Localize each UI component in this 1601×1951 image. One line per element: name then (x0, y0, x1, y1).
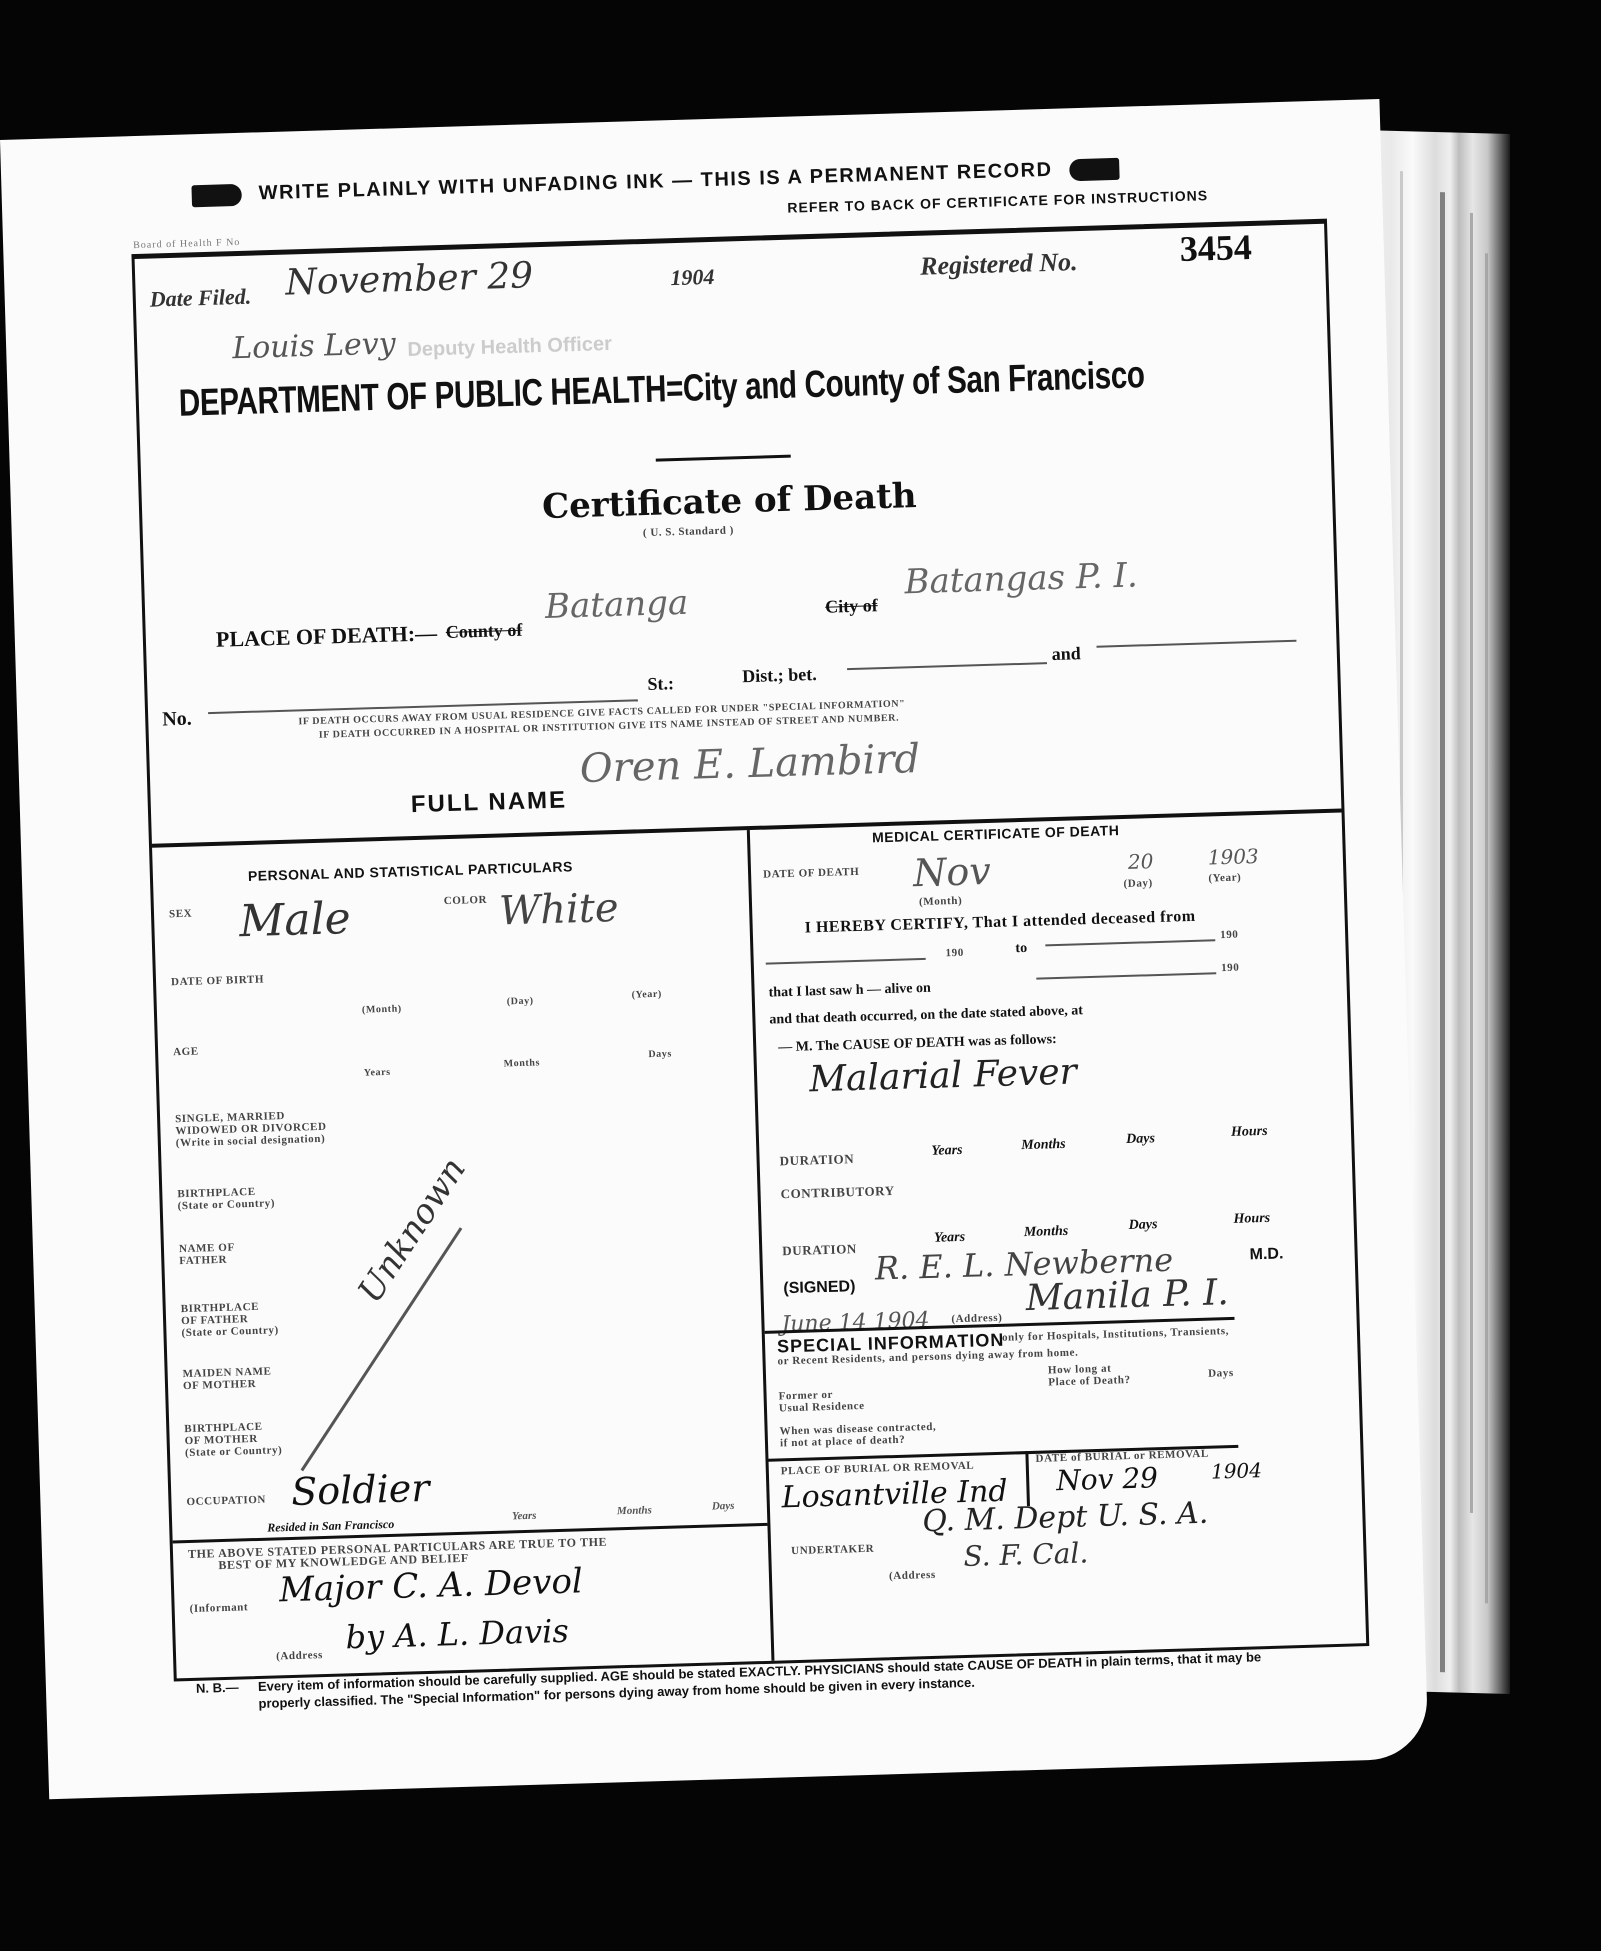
county-label: County of (445, 620, 522, 643)
dod-day: 20 (1128, 849, 1154, 874)
and-label: and (1051, 643, 1081, 665)
duration-months-2: Months (1024, 1224, 1069, 1241)
resided-label: Resided in San Francisco (267, 1517, 394, 1536)
dod-label: DATE OF DEATH (763, 866, 860, 881)
burial-date-value: Nov 29 (1056, 1461, 1159, 1497)
to-year-prefix: 190 (1220, 929, 1239, 942)
resided-months: Months (617, 1504, 652, 1517)
occupation-label: OCCUPATION (186, 1494, 266, 1508)
officer-title: Deputy Health Officer (407, 333, 612, 362)
form-stamp: Board of Health F No (133, 237, 240, 251)
title-rule (656, 455, 791, 462)
father-name-label: NAME OF FATHER (179, 1242, 236, 1268)
certificate-page: WRITE PLAINLY WITH UNFADING INK — THIS I… (0, 99, 1429, 1799)
personal-heading: PERSONAL AND STATISTICAL PARTICULARS (248, 858, 573, 884)
signer-address-value: Manila P. I. (1025, 1272, 1229, 1319)
certificate-form: Date Filed. November 29 1904 Registered … (131, 219, 1369, 1682)
department-title: DEPARTMENT OF PUBLIC HEALTH=City and Cou… (178, 354, 1145, 426)
last-saw-text: that I last saw h — alive on (768, 981, 931, 1002)
and-line (1096, 640, 1296, 648)
certificate-title: Certificate of Death (542, 476, 918, 527)
undertaker-address-value: S. F. Cal. (963, 1536, 1089, 1573)
year-caption: (Year) (1208, 872, 1241, 885)
dod-month: Nov (913, 849, 992, 895)
duration-months-1: Months (1021, 1137, 1066, 1154)
officer-signature: Louis Levy (232, 326, 396, 366)
occurred-text: and that death occurred, on the date sta… (769, 1003, 1083, 1028)
dob-day: (Day) (507, 996, 534, 1009)
us-standard: ( U. S. Standard ) (643, 524, 734, 539)
contributory-label: CONTRIBUTORY (780, 1185, 894, 1200)
filed-year: 1904 (670, 264, 715, 291)
sex-value: Male (239, 893, 352, 947)
age-months: Months (503, 1057, 540, 1070)
cause-value: Malarial Fever (809, 1051, 1078, 1100)
informant-label: (Informant (189, 1601, 248, 1615)
signed-label: (SIGNED) (783, 1278, 856, 1298)
last-saw-line (1036, 972, 1216, 979)
dob-month: (Month) (362, 1003, 402, 1016)
duration-label-1: DURATION (779, 1153, 854, 1167)
former-residence-label: Former or Usual Residence (778, 1388, 864, 1415)
certify-text: I HEREBY CERTIFY, That I attended deceas… (804, 908, 1195, 938)
nb-label: N. B.— (196, 1679, 239, 1697)
duration-years-2: Years (934, 1230, 966, 1247)
from-year-prefix: 190 (945, 947, 964, 960)
registered-number: 3454 (1179, 226, 1252, 270)
refer-note: REFER TO BACK OF CERTIFICATE FOR INSTRUC… (787, 187, 1208, 215)
age-years: Years (364, 1067, 391, 1080)
informant-address-value: by A. L. Davis (345, 1612, 569, 1657)
duration-years-1: Years (931, 1143, 963, 1160)
undertaker-label: UNDERTAKER (791, 1543, 874, 1557)
attended-to-line (1045, 939, 1215, 946)
pointing-hand-icon (191, 184, 242, 207)
street-label: St.: (647, 673, 674, 695)
full-name-value: Oren E. Lambird (579, 736, 920, 792)
duration-days-2: Days (1128, 1217, 1157, 1234)
place-of-death-label: PLACE OF DEATH:— (216, 620, 438, 653)
occupation-value: Soldier (291, 1466, 430, 1514)
color-label: COLOR (444, 894, 488, 907)
city-value: Batangas P. I. (904, 555, 1138, 602)
to-label: to (1015, 941, 1027, 957)
date-filed-label: Date Filed. (149, 284, 251, 313)
duration-hours-2: Hours (1233, 1211, 1270, 1228)
dob-label: DATE OF BIRTH (171, 974, 264, 989)
pointing-hand-icon (1069, 158, 1120, 181)
resided-days: Days (712, 1500, 735, 1513)
birthplace-label: BIRTHPLACE (State or Country) (177, 1185, 275, 1212)
street-no-label: No. (162, 708, 192, 732)
burial-date-year: 1904 (1211, 1458, 1263, 1483)
informant-address-label: (Address (276, 1649, 323, 1662)
dob-year: (Year) (631, 989, 662, 1002)
county-value: Batanga (545, 583, 689, 627)
burial-divider (1025, 1451, 1030, 1506)
city-label: City of (825, 595, 878, 618)
undertaker-address-label: (Address (889, 1569, 936, 1582)
father-birthplace-label: BIRTHPLACE OF FATHER (State or Country) (181, 1300, 279, 1339)
column-divider (747, 830, 775, 1661)
duration-hours-1: Hours (1231, 1124, 1268, 1141)
day-caption: (Day) (1123, 877, 1153, 890)
mother-maiden-label: MAIDEN NAME OF MOTHER (183, 1365, 272, 1392)
dod-year: 1903 (1207, 844, 1259, 869)
days-label: Days (1208, 1367, 1234, 1380)
unknown-value: Unknown (350, 1151, 474, 1310)
date-filed-value: November 29 (285, 255, 534, 303)
informant-value: Major C. A. Devol (279, 1561, 584, 1610)
attended-from-line (766, 958, 926, 965)
registered-label: Registered No. (920, 247, 1078, 282)
month-caption: (Month) (919, 895, 963, 908)
special-heading-note: only for Hospitals, Institutions, Transi… (1002, 1325, 1229, 1344)
full-name-label: FULL NAME (410, 786, 567, 819)
last-saw-year-prefix: 190 (1221, 962, 1240, 975)
undertaker-value: Q. M. Dept U. S. A. (922, 1496, 1209, 1539)
sex-label: SEX (169, 908, 193, 921)
district-label: Dist.; bet. (742, 664, 817, 687)
mother-birthplace-label: BIRTHPLACE OF MOTHER (State or Country) (184, 1420, 282, 1459)
color-value: White (498, 885, 619, 935)
medical-heading: MEDICAL CERTIFICATE OF DEATH (872, 822, 1120, 845)
age-days: Days (648, 1048, 672, 1061)
marital-label: SINGLE, MARRIED WIDOWED OR DIVORCED (Wri… (175, 1109, 327, 1149)
how-long-label: How long at Place of Death? (1048, 1362, 1131, 1388)
md-label: M.D. (1249, 1245, 1283, 1264)
district-line (847, 662, 1047, 670)
age-label: AGE (173, 1046, 199, 1059)
duration-label-2: DURATION (782, 1243, 857, 1257)
contracted-label: When was disease contracted, if not at p… (779, 1421, 936, 1450)
resided-years: Years (512, 1510, 537, 1523)
duration-days-1: Days (1126, 1131, 1155, 1148)
